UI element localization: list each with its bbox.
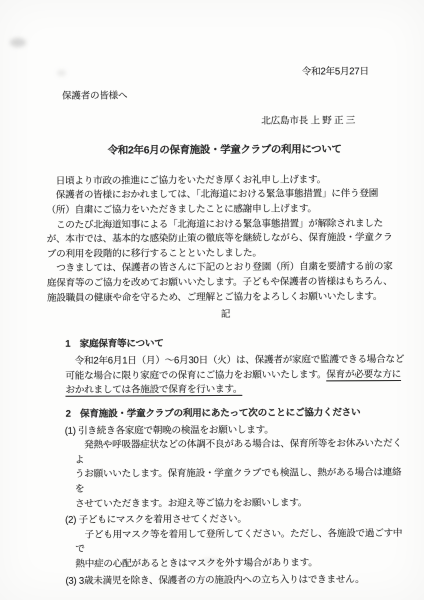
list-item-1: (1) 引き続き各家庭で朝晩の検温をお願いします。 発熱や呼吸器症状などの体調不…: [48, 423, 405, 512]
list-item-3-title: (3) 3歳未満児を除き、保護者の方の施設内への立ち入りはできません。: [65, 573, 405, 589]
document-date: 令和2年5月27日: [46, 65, 403, 81]
record-marker: 記: [47, 306, 404, 323]
sender-line: 北広島市長 上 野 正 三: [46, 114, 403, 130]
document-title: 令和2年6月の保育施設・学童クラブの利用について: [46, 142, 403, 159]
section1-heading: 1 家庭保育等について: [65, 336, 404, 352]
list-item-2: (2) 子どもにマスクを着用させてください。 子ども用マスク等を着用して登所して…: [48, 512, 405, 572]
scanned-letter-page: 令和2年5月27日 保護者の皆様へ 北広島市長 上 野 正 三 令和2年6月の保…: [0, 0, 424, 600]
list-item-1-detail: 発熱や呼吸器症状などの体調不良がある場合は、保育所等をお休みいただくよ うお願い…: [75, 437, 405, 512]
list-item-3: (3) 3歳未満児を除き、保護者の方の施設内への立ち入りはできません。: [48, 573, 405, 589]
letter-content: 令和2年5月27日 保護者の皆様へ 北広島市長 上 野 正 三 令和2年6月の保…: [0, 0, 424, 600]
list-item-2-detail: 子ども用マスク等を着用して登所してください。ただし、各施設で過ごす中で 熱中症の…: [75, 527, 405, 573]
body-paragraphs: 日頃より市政の推進にご協力をいただき厚くお礼申し上げます。 保護者の皆様におかれ…: [46, 173, 404, 306]
section1-body: 令和2年6月1日（月）～6月30日（火）は、保護者が家庭で監護できる場合など 可…: [65, 353, 404, 399]
section2-heading: 2 保育施設・学童クラブの利用にあたって次のことにご協力ください: [66, 406, 405, 422]
addressee-line: 保護者の皆様へ: [62, 88, 403, 104]
